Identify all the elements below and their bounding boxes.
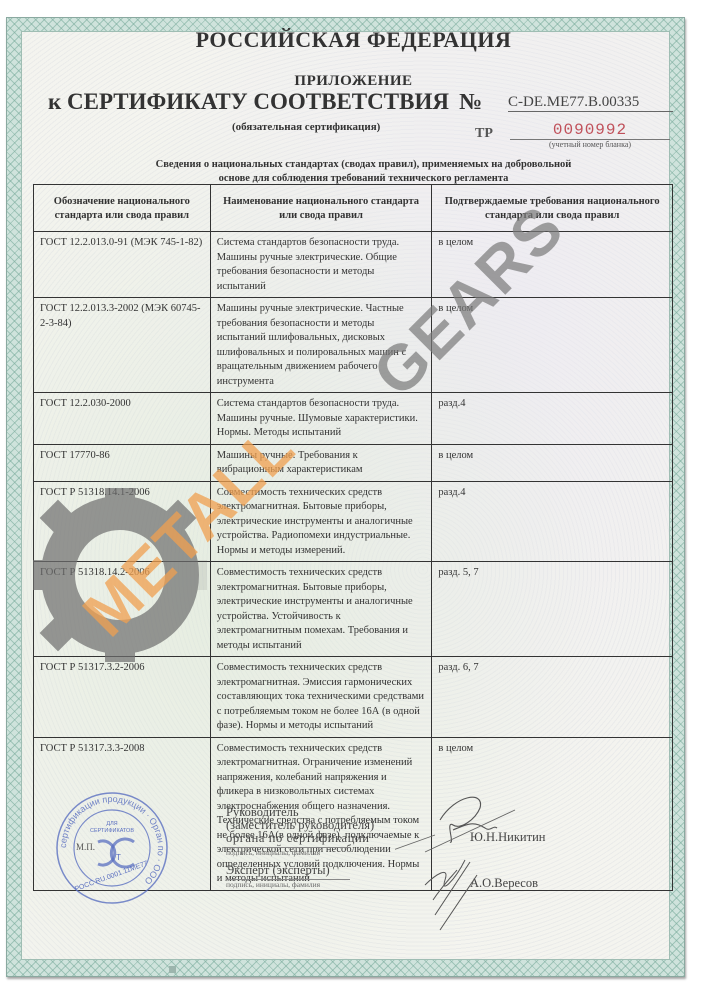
- expert-title: Эксперт (эксперты): [226, 864, 350, 877]
- table-row: ГОСТ 12.2.013.3-2002 (МЭК 60745-2-3-84)М…: [34, 298, 673, 393]
- confirmed-requirements: разд. 5, 7: [432, 562, 673, 657]
- standard-name: Система стандартов безопасности труда. М…: [210, 393, 432, 445]
- standard-name: Совместимость технических средств электр…: [210, 657, 432, 738]
- standard-name: Совместимость технических средств электр…: [210, 481, 432, 562]
- table-row: ГОСТ 12.2.013.0-91 (МЭК 745-1-82)Система…: [34, 232, 673, 298]
- intro-text: Сведения о национальных стандартах (свод…: [60, 158, 667, 186]
- certificate-number: C-DE.ME77.B.00335: [508, 94, 673, 112]
- confirmed-requirements: в целом: [432, 444, 673, 481]
- intro-line-1: Сведения о национальных стандартах (свод…: [60, 158, 667, 172]
- certificate-prefix: к СЕРТИФИКАТУ СООТВЕТСТВИЯ: [48, 89, 449, 114]
- svg-text:М.П.: М.П.: [76, 842, 95, 852]
- svg-text:Т: Т: [116, 853, 121, 862]
- signature-caption: подпись, инициалы, фамилия: [226, 880, 350, 890]
- standard-name: Машины ручные. Требования к вибрационным…: [210, 444, 432, 481]
- country-title: РОССИЙСКАЯ ФЕДЕРАЦИЯ: [0, 27, 707, 53]
- table-row: ГОСТ Р 51318.14.2-2006Совместимость техн…: [34, 562, 673, 657]
- confirmed-requirements: в целом: [432, 232, 673, 298]
- standard-name: Машины ручные электрические. Частные тре…: [210, 298, 432, 393]
- standard-code: ГОСТ 12.2.013.3-2002 (МЭК 60745-2-3-84): [34, 298, 211, 393]
- form-number: 0090992: [510, 121, 670, 140]
- certificate-title: к СЕРТИФИКАТУ СООТВЕТСТВИЯ№: [48, 89, 482, 115]
- table-header-row: Обозначение национального стандарта или …: [34, 185, 673, 232]
- expert-signature-block: Эксперт (эксперты) подпись, инициалы, фа…: [226, 864, 350, 890]
- standards-table: Обозначение национального стандарта или …: [33, 184, 673, 891]
- standard-code: ГОСТ Р 51318.14.2-2006: [34, 562, 211, 657]
- handwritten-signature-icon: [395, 790, 535, 940]
- table-row: ГОСТ 12.2.030-2000Система стандартов без…: [34, 393, 673, 445]
- confirmed-requirements: разд.4: [432, 481, 673, 562]
- form-series: ТР: [475, 126, 493, 142]
- head-signature-block: Руководитель (заместитель руководителя) …: [226, 806, 374, 858]
- appendix-title: ПРИЛОЖЕНИЕ: [0, 73, 707, 90]
- column-header-name: Наименование национального стандарта или…: [210, 185, 432, 232]
- certification-type: (обязательная сертификация): [232, 121, 380, 133]
- table-row: ГОСТ Р 51317.3.2-2006Совместимость техни…: [34, 657, 673, 738]
- standard-name: Система стандартов безопасности труда. М…: [210, 232, 432, 298]
- standard-code: ГОСТ Р 51318.14.1-2006: [34, 481, 211, 562]
- column-header-code: Обозначение национального стандарта или …: [34, 185, 211, 232]
- table-row: ГОСТ Р 51318.14.1-2006Совместимость техн…: [34, 481, 673, 562]
- standard-code: ГОСТ 17770-86: [34, 444, 211, 481]
- official-stamp-icon: сертификации продукции · Орган по · ООО …: [54, 790, 170, 906]
- standard-code: ГОСТ 12.2.030-2000: [34, 393, 211, 445]
- confirmed-requirements: в целом: [432, 298, 673, 393]
- number-sign: №: [459, 89, 482, 114]
- confirmed-requirements: разд. 6, 7: [432, 657, 673, 738]
- printer-imprint: [169, 966, 176, 973]
- svg-text:СЕРТИФИКАТОВ: СЕРТИФИКАТОВ: [90, 828, 134, 834]
- form-number-caption: (учетный номер бланка): [510, 140, 670, 149]
- head-title-line-3: органа по сертификации: [226, 832, 374, 845]
- standard-code: ГОСТ Р 51317.3.2-2006: [34, 657, 211, 738]
- standard-code: ГОСТ 12.2.013.0-91 (МЭК 745-1-82): [34, 232, 211, 298]
- svg-text:ДЛЯ: ДЛЯ: [106, 821, 117, 827]
- standard-name: Совместимость технических средств электр…: [210, 562, 432, 657]
- column-header-requirements: Подтверждаемые требования национального …: [432, 185, 673, 232]
- confirmed-requirements: разд.4: [432, 393, 673, 445]
- table-row: ГОСТ 17770-86Машины ручные. Требования к…: [34, 444, 673, 481]
- signature-caption: подпись, инициалы, фамилия: [226, 848, 374, 858]
